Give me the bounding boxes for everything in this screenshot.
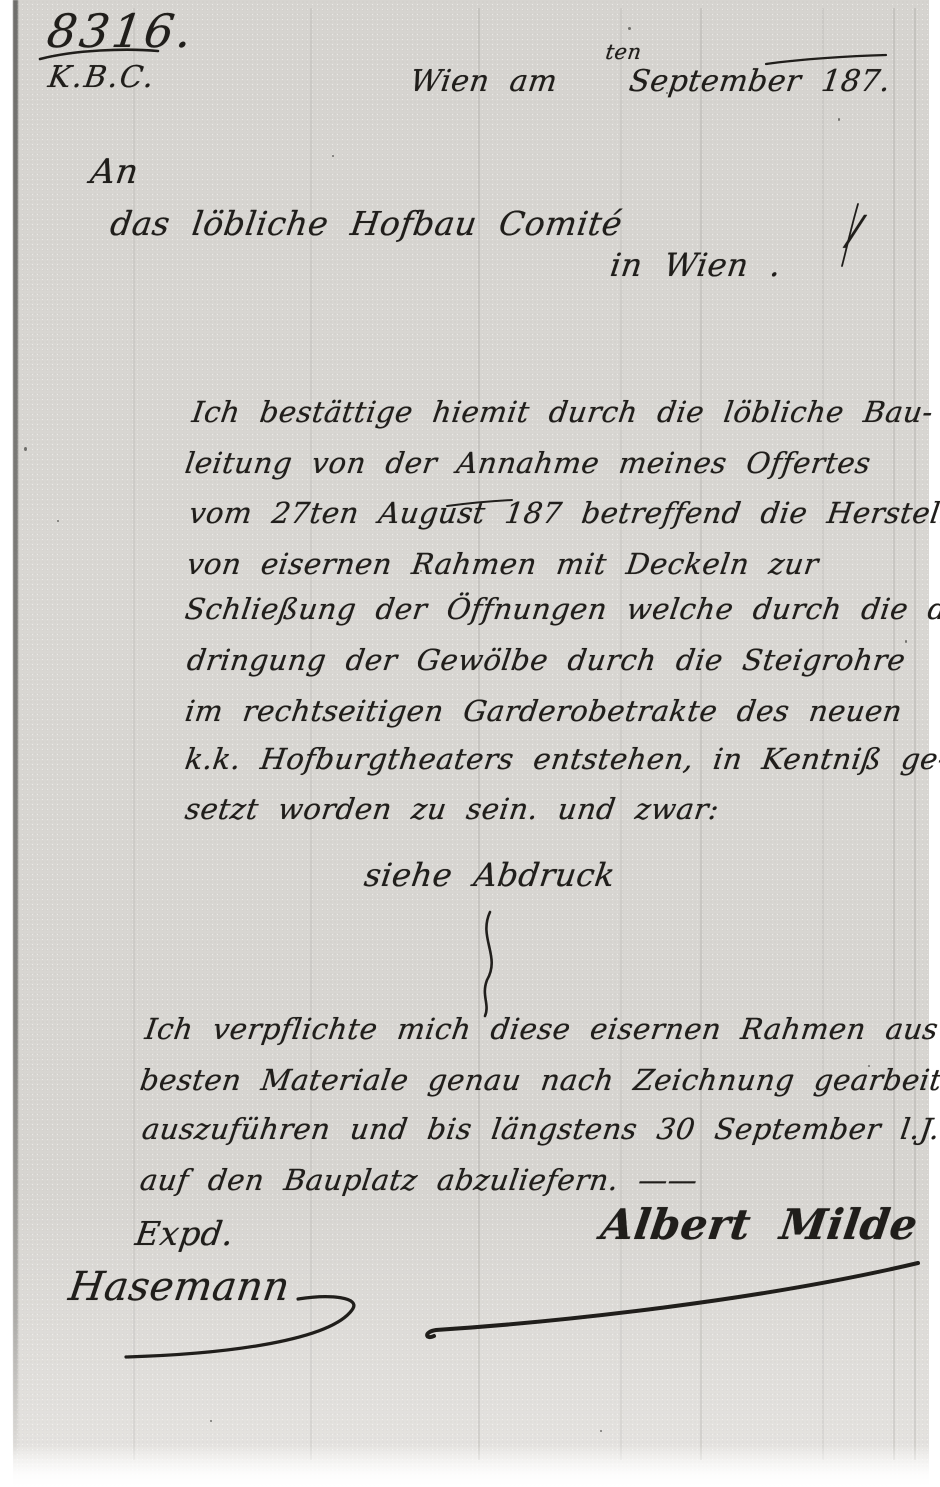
dateline-place: Wien am — [408, 64, 560, 99]
scan-speck — [628, 27, 631, 30]
scanned-letter-page: 8316. K.B.C. Wien am ten September 187. … — [0, 0, 940, 1487]
scan-speck — [332, 155, 334, 157]
body2-line: auszuführen und bis längstens 30 Septemb… — [140, 1112, 940, 1146]
center-note: siehe Abdruck — [362, 856, 618, 894]
dateline-day-superscript: ten — [604, 40, 643, 64]
body1-line: von eisernen Rahmen mit Deckeln zur — [185, 547, 821, 581]
scan-speck — [905, 640, 907, 643]
body1-line: dringung der Gewölbe durch die Steigrohr… — [185, 643, 908, 677]
body2-line: Ich verpflichte mich diese eisernen Rahm… — [143, 1012, 940, 1046]
signature-hasemann: Hasemann — [66, 1264, 293, 1310]
body1-line: vom 27ten August 187 betreffend die Hers… — [187, 496, 940, 530]
body1-line: leitung von der Annahme meines Offertes — [183, 446, 873, 480]
bottom-scan-fade — [0, 1445, 940, 1487]
scan-speck — [838, 118, 840, 121]
address-city: in Wien . — [608, 246, 784, 284]
registry-code: K.B.C. — [46, 60, 158, 95]
scan-speck — [868, 1065, 870, 1067]
body1-line: im rechtseitigen Garderobetrakte des neu… — [183, 694, 905, 728]
address-recipient: das löbliche Hofbau Comité — [108, 204, 625, 243]
expedit-note: Expd. — [133, 1214, 236, 1253]
scan-speck — [210, 1420, 212, 1422]
body2-line: besten Materiale genau nach Zeichnung ge… — [138, 1063, 940, 1097]
scan-speck — [420, 570, 422, 572]
address-salutation: An — [88, 152, 141, 192]
scan-speck — [57, 520, 59, 522]
registry-number: 8316. — [44, 4, 198, 58]
body2-line: auf den Bauplatz abzuliefern. —— — [138, 1163, 700, 1197]
body1-line: k.k. Hofburgtheaters entstehen, in Kentn… — [183, 742, 940, 776]
left-paper-edge — [13, 0, 18, 1460]
signature-albert-milde: Albert Milde — [598, 1200, 921, 1249]
scan-speck — [600, 1430, 602, 1432]
scan-speck — [666, 92, 668, 94]
body1-line: Ich bestättige hiemit durch die löbliche… — [190, 395, 935, 429]
body1-line: Schließung der Öffnungen welche durch di… — [183, 592, 940, 626]
body1-line: setzt worden zu sein. und zwar: — [183, 792, 721, 826]
scan-speck — [24, 447, 27, 451]
